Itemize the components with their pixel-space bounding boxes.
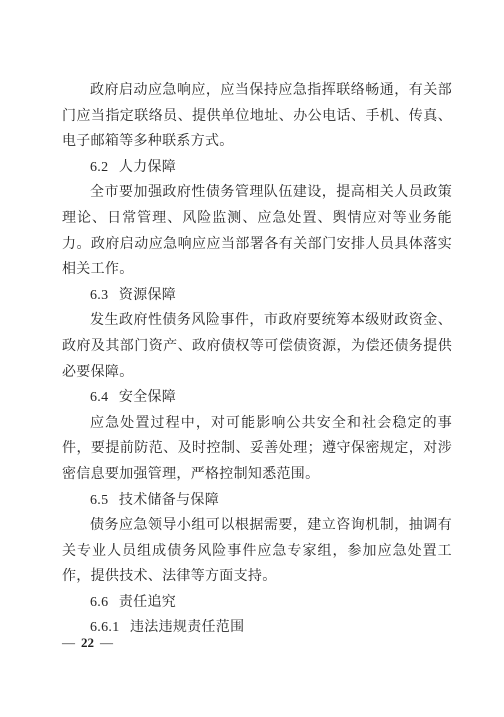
footer-right-dash: — (100, 634, 113, 652)
section-title: 技术储备与保障 (119, 493, 219, 508)
section-number: 6.2 (90, 160, 108, 175)
body-paragraph: 政府启动应急响应，应当保持应急指挥联络畅通，有关部门应当指定联络员、提供单位地址… (62, 78, 452, 155)
body-paragraph: 发生政府性债务风险事件，市政府要统筹本级财政资金、政府及其部门资产、政府债权等可… (62, 308, 452, 385)
section-heading: 6.3资源保障 (62, 283, 452, 309)
section-number: 6.6 (90, 595, 108, 610)
section-title: 人力保障 (119, 160, 176, 175)
section-heading: 6.5技术储备与保障 (62, 488, 452, 514)
section-number: 6.5 (90, 493, 108, 508)
page-number: 22 (81, 634, 94, 652)
section-title: 责任追究 (119, 595, 176, 610)
section-title: 资源保障 (119, 288, 176, 303)
document-page: 政府启动应急响应，应当保持应急指挥联络畅通，有关部门应当指定联络员、提供单位地址… (0, 0, 504, 717)
section-number: 6.3 (90, 288, 108, 303)
body-paragraph: 债务应急领导小组可以根据需要，建立咨询机制，抽调有关专业人员组成债务风险事件应急… (62, 513, 452, 590)
section-heading: 6.6.1违法违规责任范围 (62, 615, 452, 641)
body-paragraph: 应急处置过程中，对可能影响公共安全和社会稳定的事件，要提前防范、及时控制、妥善处… (62, 411, 452, 488)
section-number: 6.4 (90, 390, 108, 405)
section-title: 安全保障 (119, 390, 176, 405)
section-heading: 6.2人力保障 (62, 155, 452, 181)
page-footer: — 22 — (62, 634, 113, 652)
section-title: 违法违规责任范围 (130, 620, 244, 635)
document-body: 政府启动应急响应，应当保持应急指挥联络畅通，有关部门应当指定联络员、提供单位地址… (62, 78, 452, 641)
section-heading: 6.4安全保障 (62, 385, 452, 411)
body-paragraph: 全市要加强政府性债务管理队伍建设，提高相关人员政策理论、日常管理、风险监测、应急… (62, 180, 452, 282)
footer-left-dash: — (62, 634, 75, 652)
section-heading: 6.6责任追究 (62, 590, 452, 616)
